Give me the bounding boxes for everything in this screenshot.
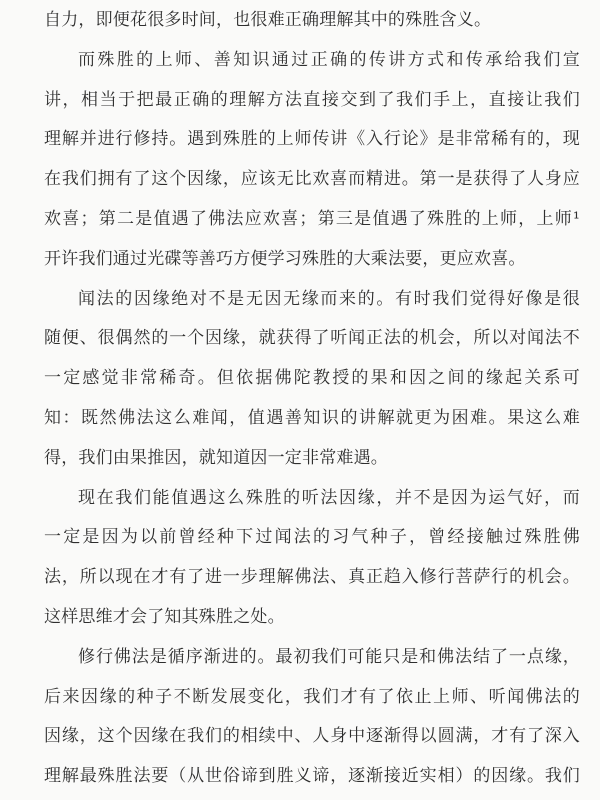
text-line: 修行佛法是循序渐进的。最初我们可能只是和佛法结了一点缘， <box>44 638 580 678</box>
text-line: 法，所以现在才有了进一步理解佛法、真正趋入修行菩萨行的机会。 <box>44 558 580 598</box>
text-line: 这样思维才会了知其殊胜之处。 <box>44 598 580 638</box>
text-line: 随便、很偶然的一个因缘，就获得了听闻正法的机会，所以对闻法不 <box>44 319 580 359</box>
text-line: 知：既然佛法这么难闻，值遇善知识的讲解就更为困难。果这么难 <box>44 399 580 439</box>
text-line: 理解最殊胜法要（从世俗谛到胜义谛，逐渐接近实相）的因缘。我们 <box>44 757 580 797</box>
text-line: 讲，相当于把最正确的理解方法直接交到了我们手上，直接让我们 <box>44 81 580 121</box>
text-line: 欢喜；第二是值遇了佛法应欢喜；第三是值遇了殊胜的上师，上师¹ <box>44 200 580 240</box>
text-line: 后来因缘的种子不断发展变化，我们才有了依止上师、听闻佛法的 <box>44 678 580 718</box>
text-line: 一定是因为以前曾经种下过闻法的习气种子，曾经接触过殊胜佛 <box>44 518 580 558</box>
text-line: 而殊胜的上师、善知识通过正确的传讲方式和传承给我们宣 <box>44 41 580 81</box>
text-line: 现在我们能值遇这么殊胜的听法因缘，并不是因为运气好，而 <box>44 479 580 519</box>
text-line: 一定感觉非常稀奇。但依据佛陀教授的果和因之间的缘起关系可 <box>44 359 580 399</box>
text-line: 闻法的因缘绝对不是无因无缘而来的。有时我们觉得好像是很 <box>44 280 580 320</box>
text-line: 自力，即便花很多时间，也很难正确理解其中的殊胜含义。 <box>44 1 580 41</box>
document-page: 自力，即便花很多时间，也很难正确理解其中的殊胜含义。 而殊胜的上师、善知识通过正… <box>0 0 600 800</box>
text-line: 在我们拥有了这个因缘，应该无比欢喜而精进。第一是获得了人身应 <box>44 160 580 200</box>
text-line: 因缘，这个因缘在我们的相续中、人身中逐渐得以圆满，才有了深入 <box>44 717 580 757</box>
text-line: 开许我们通过光碟等善巧方便学习殊胜的大乘法要，更应欢喜。 <box>44 240 580 280</box>
text-line: 得，我们由果推因，就知道因一定非常难遇。 <box>44 439 580 479</box>
text-line: 理解并进行修持。遇到殊胜的上师传讲《入行论》是非常稀有的，现 <box>44 120 580 160</box>
